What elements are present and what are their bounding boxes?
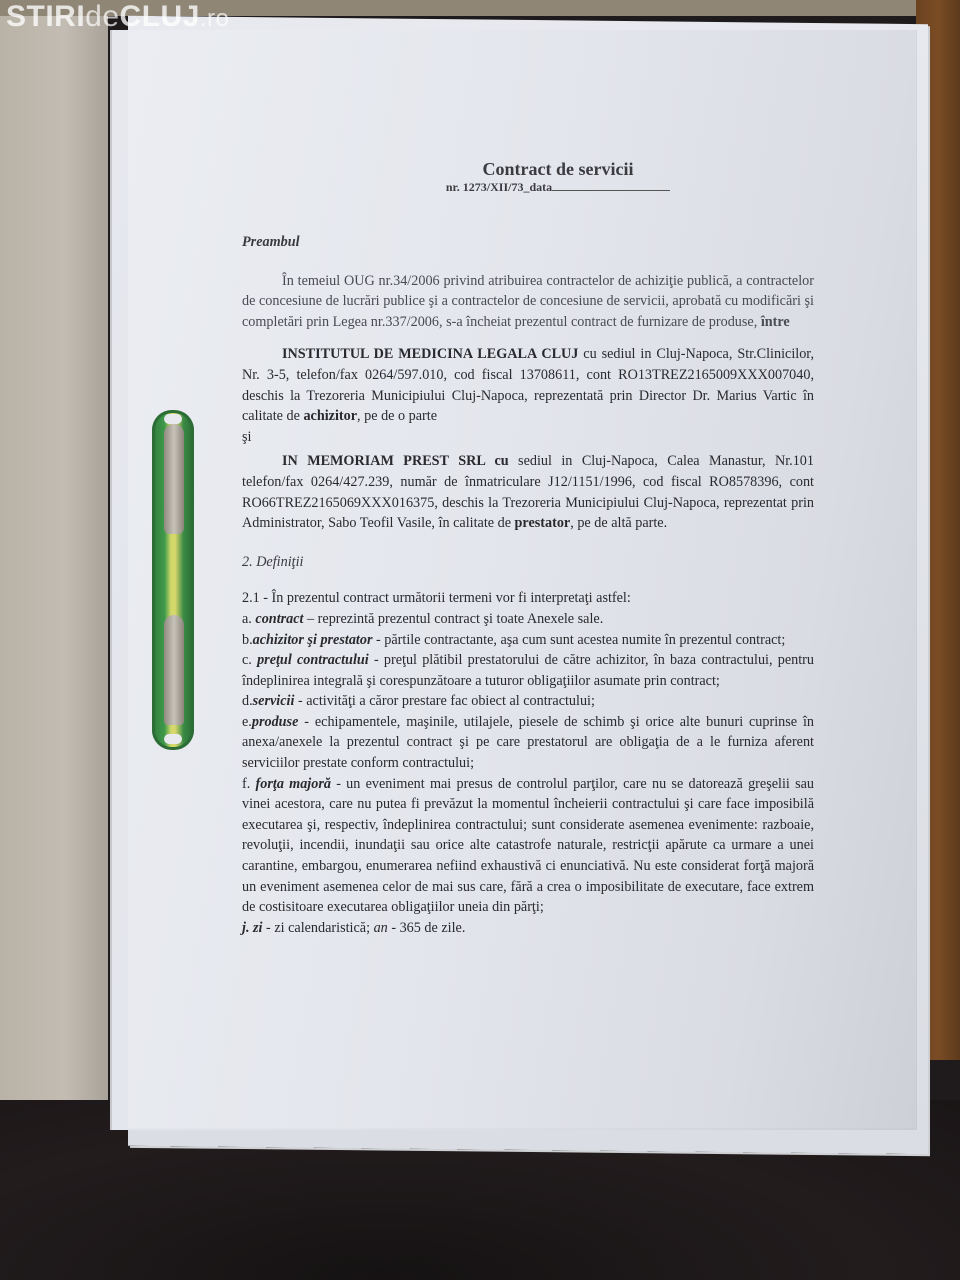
definition-item: e.produse - echipamentele, maşinile, uti… <box>242 712 814 774</box>
definition-item-last: j. zi - zi calendaristică; an - 365 de z… <box>242 918 814 939</box>
definition-item: c. preţul contractului - preţul plătibil… <box>242 650 814 691</box>
binder-fastener-icon <box>152 410 194 750</box>
definition-item: b.achizitor şi prestator - părtile contr… <box>242 630 814 651</box>
site-watermark: STIRIdeCLUJ.ro <box>6 0 229 36</box>
folder-cover <box>0 0 108 1200</box>
definition-item: f. forţa majoră - un eveniment mai presu… <box>242 774 814 918</box>
date-blank <box>552 190 670 191</box>
and-word: şi <box>242 427 814 448</box>
definition-item: a. contract – reprezintă prezentul contr… <box>242 609 814 630</box>
definitions-intro: 2.1 - În prezentul contract următorii te… <box>242 588 814 609</box>
document-title: Contract de servicii <box>302 158 814 180</box>
preamble-paragraph: În temeiul OUG nr.34/2006 privind atribu… <box>242 271 814 333</box>
definitions-heading: 2. Definiţii <box>242 552 814 573</box>
fastener-hole <box>164 734 182 744</box>
fastener-hole <box>164 414 182 424</box>
party-prestator: IN MEMORIAM PREST SRL cu sediul in Cluj-… <box>242 451 814 533</box>
contract-number: nr. 1273/XII/73_data <box>302 180 814 194</box>
preamble-heading: Preambul <box>242 232 814 253</box>
definition-item: d.servicii - activităţi a căror prestare… <box>242 691 814 712</box>
definitions-list: a. contract – reprezintă prezentul contr… <box>242 609 814 939</box>
contract-text: Contract de servicii nr. 1273/XII/73_dat… <box>242 150 814 938</box>
fastener-prong <box>164 424 184 534</box>
fastener-prong <box>164 615 184 725</box>
party-achizitor: INSTITUTUL DE MEDICINA LEGALA CLUJ cu se… <box>242 344 814 426</box>
